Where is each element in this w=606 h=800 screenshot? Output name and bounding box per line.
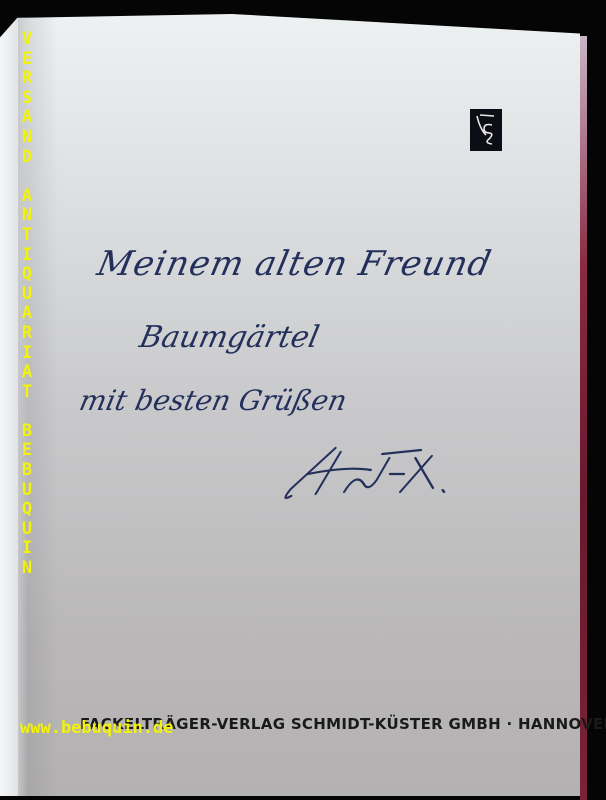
watermark-letter — [22, 167, 32, 187]
watermark-letter: S — [22, 89, 32, 109]
watermark-letter: N — [22, 559, 32, 579]
watermark-letter: B — [22, 422, 32, 442]
watermark-letter: E — [22, 50, 32, 70]
watermark-letter: D — [22, 148, 32, 168]
signature — [278, 444, 483, 513]
book-cover-edge — [580, 36, 587, 800]
watermark-letter: U — [22, 481, 32, 501]
watermark-letter: R — [22, 69, 32, 89]
watermark-letter: U — [22, 520, 32, 540]
dedication-line-3: mit besten Grüßen — [76, 384, 349, 417]
watermark-letter: A — [22, 363, 32, 383]
watermark-letter: A — [22, 108, 32, 128]
watermark-letter — [22, 402, 32, 422]
watermark-letter: B — [22, 461, 32, 481]
watermark-letter: I — [22, 246, 32, 266]
watermark-letter: T — [22, 226, 32, 246]
watermark-letter: I — [22, 539, 32, 559]
watermark-letter: A — [22, 304, 32, 324]
watermark-letter: A — [22, 187, 32, 207]
dedication-line-1: Meinem alten Freund — [94, 244, 496, 284]
dedication-line-2: Baumgärtel — [136, 320, 322, 355]
watermark-letter: V — [22, 30, 32, 50]
watermark-vertical-text: VERSAND ANTIQUARIAT BEBUQUIN — [20, 30, 34, 579]
publisher-monogram-icon — [470, 109, 502, 151]
watermark-letter: Q — [22, 500, 32, 520]
watermark-letter: T — [22, 383, 32, 403]
handwritten-dedication: Meinem alten Freund Baumgärtel mit beste… — [80, 236, 500, 516]
watermark-letter: R — [22, 324, 32, 344]
watermark-letter: Q — [22, 265, 32, 285]
watermark-url: www.bebuquin.de — [20, 718, 174, 738]
watermark-letter: N — [22, 206, 32, 226]
watermark-letter: N — [22, 128, 32, 148]
watermark-letter: I — [22, 344, 32, 364]
watermark-letter: E — [22, 441, 32, 461]
watermark-letter: U — [22, 285, 32, 305]
